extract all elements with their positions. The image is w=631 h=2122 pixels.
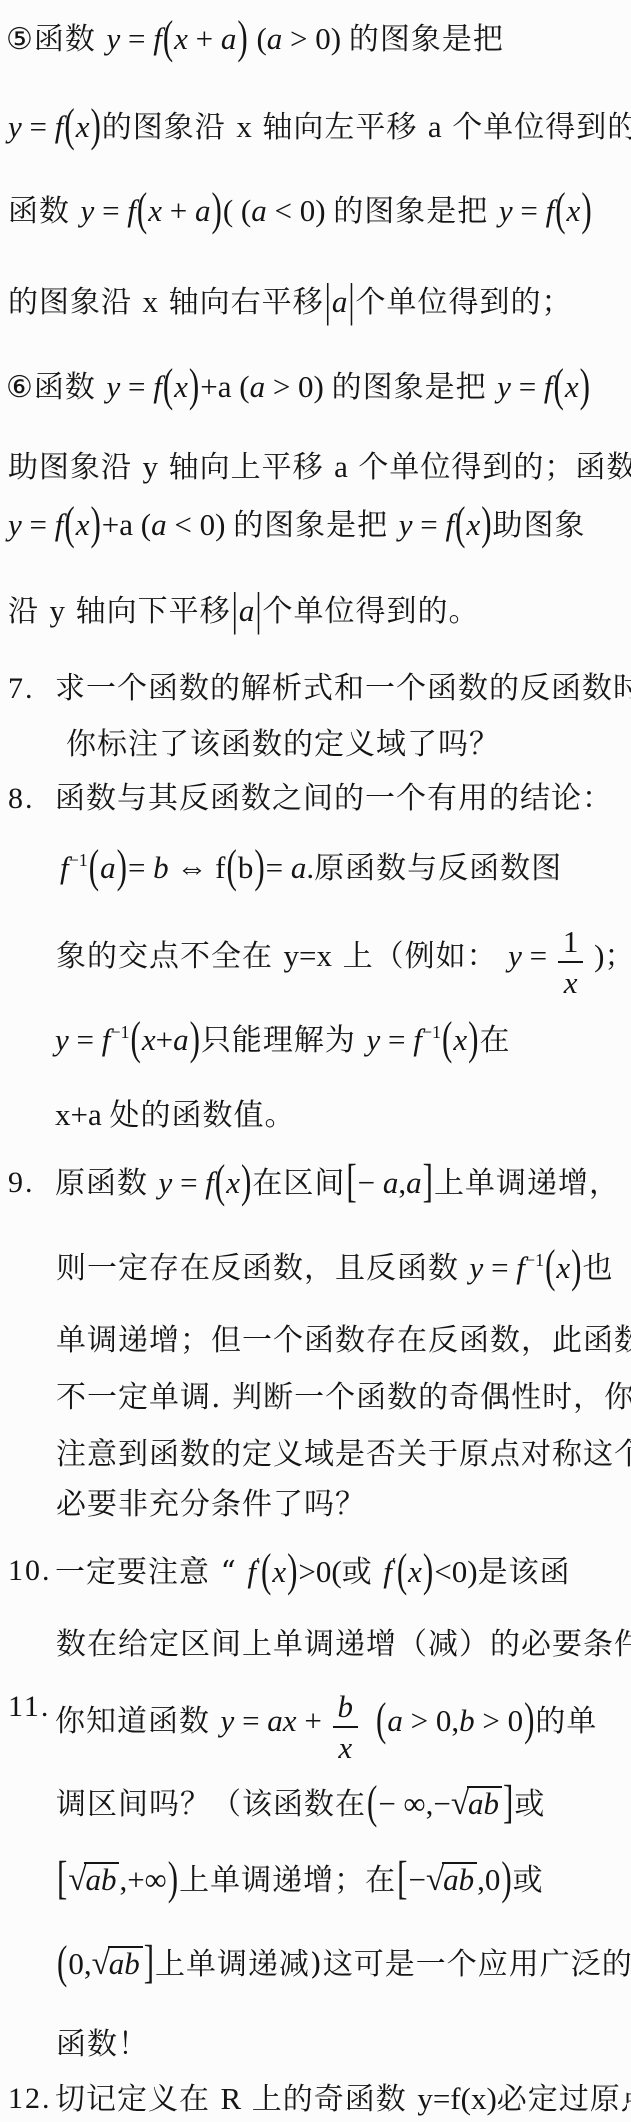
text-line: 不一定单调. 判断一个函数的奇偶性时，你 xyxy=(56,1381,631,1415)
text-segment: 在区间 xyxy=(252,1166,345,1201)
text-segment: y xyxy=(499,193,513,228)
text-segment: < 0) xyxy=(167,507,234,542)
text-segment: 的图象沿 xyxy=(8,285,143,320)
text-segment: 是该函 xyxy=(478,1555,571,1590)
text-segment: y=x xyxy=(284,938,332,973)
text-segment: = xyxy=(234,1703,267,1738)
text-segment: | xyxy=(347,275,355,327)
text-segment: 函数！ xyxy=(56,2027,149,2062)
text-segment: f xyxy=(153,21,162,56)
text-segment: x xyxy=(272,1554,286,1589)
text-segment: +a ( xyxy=(200,369,249,404)
text-segment: ax xyxy=(267,1703,296,1738)
text-segment: ) xyxy=(167,1853,179,1905)
text-segment: a xyxy=(221,21,237,56)
text-segment: | xyxy=(254,584,262,636)
text-segment: = xyxy=(128,850,153,885)
text-segment: | xyxy=(231,584,239,636)
text-segment: , xyxy=(398,1165,406,1200)
text-segment: >0( xyxy=(298,1554,341,1589)
text-segment: ( xyxy=(63,498,75,550)
text-segment: ,0 xyxy=(477,1862,500,1897)
text-segment: ab xyxy=(468,1786,499,1821)
text-segment: a xyxy=(334,449,348,484)
text-segment: 上（例如： xyxy=(332,939,508,974)
text-segment: ； xyxy=(604,939,631,974)
text-segment: [ xyxy=(56,1853,68,1905)
text-segment: a xyxy=(332,284,348,319)
text-segment: +a ( xyxy=(102,507,151,542)
text-segment: a xyxy=(387,1703,403,1738)
text-segment: ( xyxy=(56,1937,68,1989)
text-segment: 助图象 xyxy=(493,508,586,543)
text-segment: 轴向右平移 xyxy=(158,285,324,320)
document-page: ⑤函数 y = f(x + a) (a > 0) 的图象是把y = f(x)的图… xyxy=(0,0,631,2122)
text-segment: f xyxy=(55,507,64,542)
text-segment: −1 xyxy=(422,1022,441,1042)
text-line: 数在给定区间上单调递增（减）的必要条件。 xyxy=(56,1628,631,1662)
text-segment: ) xyxy=(116,841,128,893)
text-segment: y xyxy=(55,1022,69,1057)
text-segment: b xyxy=(153,850,169,885)
text-segment: y xyxy=(8,109,22,144)
text-segment: ) xyxy=(467,1013,479,1065)
radical: √ab xyxy=(92,1946,143,1981)
text-segment: ab xyxy=(109,1946,140,1981)
text-segment: 或 xyxy=(513,1863,544,1898)
text-segment: a xyxy=(250,369,266,404)
text-segment: ] xyxy=(502,1777,514,1829)
text-segment: f xyxy=(544,369,553,404)
text-segment: x xyxy=(565,369,579,404)
text-line: (0,√ab]上单调递减)这可是一个应用广泛的 xyxy=(56,1946,631,1982)
item-number: 11. xyxy=(8,1690,50,1724)
text-segment: > 0) xyxy=(265,369,332,404)
text-segment: 必要非充分条件了吗？ xyxy=(56,1487,366,1522)
text-segment: ,+∞ xyxy=(119,1862,166,1897)
text-segment: − ∞,− xyxy=(378,1786,451,1821)
fraction: 1x xyxy=(558,925,584,998)
item-number: 12. xyxy=(8,2082,52,2116)
text-line: [√ab,+∞)上单调递增；在[−√ab,0)或 xyxy=(56,1862,544,1898)
radical: √ab xyxy=(451,1786,502,1821)
text-segment: x xyxy=(466,507,480,542)
text-segment: a xyxy=(291,850,307,885)
text-segment: y xyxy=(81,193,95,228)
text-segment: 轴向下平移 xyxy=(65,594,231,629)
text-segment: y xyxy=(8,507,22,542)
text-segment: a xyxy=(428,109,442,144)
text-segment: 个单位得到的。 xyxy=(263,594,480,629)
text-segment: ) xyxy=(480,498,492,550)
text-segment: ( xyxy=(249,21,267,56)
text-segment: 只能理解为 xyxy=(201,1023,367,1058)
text-segment: ( xyxy=(162,12,174,64)
text-segment: f xyxy=(55,109,64,144)
text-segment: ) xyxy=(89,100,101,152)
text-segment: y xyxy=(221,1703,235,1738)
text-segment: y xyxy=(106,369,120,404)
text-line: 则一定存在反函数，且反函数 y = f−1(x)也 xyxy=(56,1250,614,1286)
text-line: ⑥函数 y = f(x)+a (a > 0) 的图象是把 y = f(x) xyxy=(6,370,591,405)
text-segment: y xyxy=(366,1022,380,1057)
radical: √ab xyxy=(426,1862,477,1897)
text-segment: ( xyxy=(162,360,174,412)
text-segment: y xyxy=(399,507,413,542)
text-segment: 不一定单调. 判断一个函数的奇偶性时，你 xyxy=(56,1380,631,1415)
text-segment: 求一个函数的解析式和一个函数的反函数时， xyxy=(55,671,631,706)
fraction: bx xyxy=(333,1690,359,1763)
text-segment: x xyxy=(338,1730,352,1765)
item-number: 9. xyxy=(8,1166,35,1200)
text-segment: a xyxy=(151,507,167,542)
text-segment: ) xyxy=(240,1156,252,1208)
text-segment: 上单调递减)这可是一个应用广泛的 xyxy=(155,1947,631,1982)
text-segment: ) xyxy=(523,1694,535,1746)
text-segment: + xyxy=(297,1703,330,1738)
text-segment: ( xyxy=(454,498,466,550)
text-segment: x xyxy=(142,1022,156,1057)
text-segment: ⑥函数 xyxy=(6,370,106,405)
text-segment: x xyxy=(148,193,162,228)
text-line: 的图象沿 x 轴向右平移|a|个单位得到的； xyxy=(8,285,573,320)
text-segment: a xyxy=(100,850,116,885)
text-segment: x xyxy=(226,1165,240,1200)
text-segment: f xyxy=(247,1554,256,1589)
text-segment: ) xyxy=(253,841,265,893)
text-segment: f xyxy=(205,1165,214,1200)
text-segment: a xyxy=(195,193,211,228)
text-segment: 上单调递增， xyxy=(434,1166,620,1201)
text-segment: <0) xyxy=(434,1554,477,1589)
text-segment: ( xyxy=(136,184,148,236)
text-segment: 的单 xyxy=(535,1704,597,1739)
text-segment: 数在给定区间上单调递增（减）的必要条件。 xyxy=(56,1627,631,1662)
text-segment: 的图象是把 xyxy=(332,370,498,405)
text-line: 9.原函数 y = f(x)在区间[− a,a]上单调递增， xyxy=(55,1166,620,1201)
text-segment: x xyxy=(143,284,159,319)
text-segment: ) xyxy=(570,1241,582,1293)
text-segment: ( ( xyxy=(223,193,251,228)
text-segment: x xyxy=(453,1022,467,1057)
text-segment: f xyxy=(127,193,136,228)
text-segment: x xyxy=(564,965,578,1000)
text-line: 函数！ xyxy=(56,2028,149,2062)
text-segment: y=f(x) xyxy=(417,2081,496,2116)
text-segment: [ xyxy=(345,1156,357,1208)
text-segment: x xyxy=(236,109,252,144)
text-segment: ) xyxy=(236,12,248,64)
text-segment: = xyxy=(413,507,446,542)
text-line: 7.求一个函数的解析式和一个函数的反函数时， xyxy=(55,672,631,706)
text-segment: ( xyxy=(260,1545,272,1597)
text-line: y = f(x)的图象沿 x 轴向左平移 a 个单位得到的； xyxy=(8,110,631,145)
text-segment: 注意到函数的定义域是否关于原点对称这个 xyxy=(56,1437,631,1472)
text-segment: ( xyxy=(63,100,75,152)
text-segment: ) xyxy=(586,938,604,973)
text-segment: 的图象是把 xyxy=(349,22,504,57)
text-segment: x xyxy=(567,193,581,228)
text-line: y = f−1(x+a)只能理解为 y = f−1(x)在 xyxy=(55,1022,510,1058)
text-segment: 函数与其反函数之间的一个有用的结论： xyxy=(55,781,613,816)
text-segment: ) xyxy=(286,1545,298,1597)
text-line: x+a 处的函数值。 xyxy=(55,1098,296,1133)
text-segment: ⑤函数 xyxy=(6,22,106,57)
text-segment: 切记定义在 xyxy=(55,2082,221,2117)
text-segment: x xyxy=(556,1250,570,1285)
text-segment: > 0 xyxy=(475,1703,523,1738)
item-number: 7. xyxy=(8,672,35,706)
text-segment: 沿 xyxy=(8,594,50,629)
text-line: f−1(a)= b ⇔ f(b)= a.原函数与反函数图 xyxy=(60,850,562,886)
text-segment: 上的奇函数 xyxy=(241,2082,417,2117)
text-segment: 的图象是把 xyxy=(333,194,499,229)
text-segment: y xyxy=(508,938,522,973)
text-line: 8.函数与其反函数之间的一个有用的结论： xyxy=(55,782,613,816)
text-segment: ( xyxy=(396,1545,408,1597)
text-segment: ) xyxy=(422,1545,434,1597)
text-segment: − xyxy=(408,1862,425,1897)
text-segment: 调区间吗？（该函数在 xyxy=(56,1787,366,1822)
text-segment: = xyxy=(94,193,127,228)
text-segment: a xyxy=(239,593,255,628)
text-segment: −1 xyxy=(110,1022,129,1042)
text-segment: a xyxy=(383,1165,399,1200)
text-segment: 一定要注意 “ xyxy=(55,1555,247,1590)
text-segment: 助图象沿 xyxy=(8,450,143,485)
text-segment: ( xyxy=(441,1013,453,1065)
text-segment: 或 xyxy=(514,1787,545,1822)
text-segment: 的图象是把 xyxy=(233,508,399,543)
text-segment: ] xyxy=(143,1937,155,1989)
text-segment: 个单位得到的； xyxy=(442,110,631,145)
text-segment: 0, xyxy=(68,1946,91,1981)
text-segment: f xyxy=(413,1022,422,1057)
text-segment: = xyxy=(513,193,546,228)
text-segment: a xyxy=(406,1165,422,1200)
text-segment: − xyxy=(358,1165,383,1200)
text-segment: ( xyxy=(88,841,100,893)
text-segment: 轴向左平移 xyxy=(252,110,428,145)
text-segment: x xyxy=(76,109,90,144)
text-segment: = xyxy=(266,850,291,885)
text-segment: > 0, xyxy=(403,1703,459,1738)
text-line: 你标注了该函数的定义域了吗？ xyxy=(66,728,500,762)
text-segment: ( xyxy=(366,1777,378,1829)
text-segment: 你知道函数 xyxy=(55,1704,221,1739)
text-segment: + xyxy=(156,1022,173,1057)
text-segment: ) xyxy=(188,360,200,412)
text-line: 11.你知道函数 y = ax + bx(a > 0,b > 0)的单 xyxy=(55,1690,597,1763)
text-segment: 上单调递增；在 xyxy=(179,1863,396,1898)
text-segment: 处的函数值。 xyxy=(110,1098,296,1133)
text-segment: ) xyxy=(580,184,592,236)
text-segment: ( xyxy=(553,360,565,412)
text-segment: y xyxy=(159,1165,173,1200)
text-segment: 单调递增；但一个函数存在反函数，此函数 xyxy=(56,1323,631,1358)
text-segment: f xyxy=(60,850,69,885)
text-segment: x xyxy=(174,21,188,56)
text-segment: ( xyxy=(226,841,238,893)
text-segment: ⇔ f xyxy=(169,850,226,885)
text-line: y = f(x)+a (a < 0) 的图象是把 y = f(x)助图象 xyxy=(8,508,586,543)
text-segment: y xyxy=(106,21,120,56)
text-line: 10.一定要注意 “ f′(x)>0(或 f′(x)<0)是该函 xyxy=(55,1554,571,1590)
text-segment: ) xyxy=(89,498,101,550)
text-segment: f xyxy=(516,1250,525,1285)
text-segment: ( xyxy=(214,1156,226,1208)
text-line: 助图象沿 y 轴向上平移 a 个单位得到的；函数 xyxy=(8,450,631,485)
text-segment: . xyxy=(306,850,314,885)
text-segment: 则一定存在反函数，且反函数 xyxy=(56,1251,470,1286)
text-segment: 函数 xyxy=(8,194,81,229)
text-segment: ) xyxy=(579,360,591,412)
text-segment: x xyxy=(174,369,188,404)
text-segment: x+a xyxy=(55,1097,110,1132)
item-number: 8. xyxy=(8,782,35,816)
text-segment: 或 xyxy=(342,1555,384,1590)
text-segment: R xyxy=(221,2081,242,2116)
text-segment: 在 xyxy=(479,1023,510,1058)
text-segment: ab xyxy=(85,1862,116,1897)
text-segment: ( xyxy=(375,1694,387,1746)
text-segment: = xyxy=(483,1250,516,1285)
text-segment: a xyxy=(251,193,267,228)
text-segment: 象的交点不全在 xyxy=(56,939,284,974)
text-segment: = xyxy=(120,369,153,404)
text-segment: f xyxy=(383,1554,392,1589)
text-segment: 个单位得到的；函数 xyxy=(348,450,631,485)
text-segment: f xyxy=(445,507,454,542)
text-segment: ) xyxy=(500,1853,512,1905)
text-segment: 个单位得到的； xyxy=(356,285,573,320)
text-segment: −1 xyxy=(69,850,88,870)
text-segment: b xyxy=(238,850,254,885)
text-line: 单调递增；但一个函数存在反函数，此函数 xyxy=(56,1324,631,1358)
text-segment: 轴向上平移 xyxy=(158,450,334,485)
text-segment: y xyxy=(470,1250,484,1285)
text-segment: b xyxy=(459,1703,475,1738)
text-segment: [ xyxy=(396,1853,408,1905)
text-segment: ) xyxy=(189,1013,201,1065)
text-line: 沿 y 轴向下平移|a|个单位得到的。 xyxy=(8,594,480,629)
text-segment: = xyxy=(522,938,555,973)
text-line: 函数 y = f(x + a)( (a < 0) 的图象是把 y = f(x) xyxy=(8,194,593,229)
text-segment: + xyxy=(162,193,195,228)
text-segment: | xyxy=(324,275,332,327)
text-line: 调区间吗？（该函数在(− ∞,−√ab]或 xyxy=(56,1786,545,1822)
text-segment: x xyxy=(408,1554,422,1589)
text-segment: y xyxy=(497,369,511,404)
text-segment: = xyxy=(120,21,153,56)
text-segment: < 0) xyxy=(267,193,334,228)
item-number: 10. xyxy=(8,1554,52,1588)
text-segment: f xyxy=(546,193,555,228)
text-segment: ] xyxy=(422,1156,434,1208)
text-line: ⑤函数 y = f(x + a) (a > 0) 的图象是把 xyxy=(6,22,504,57)
text-segment: > 0) xyxy=(282,21,349,56)
text-segment: 原函数与反函数图 xyxy=(314,851,562,886)
text-segment: + xyxy=(188,21,221,56)
text-segment: ( xyxy=(130,1013,142,1065)
text-segment: ) xyxy=(211,184,223,236)
text-segment: y xyxy=(143,449,159,484)
text-segment: = xyxy=(69,1022,102,1057)
text-segment: = xyxy=(380,1022,413,1057)
text-line: 必要非充分条件了吗？ xyxy=(56,1488,366,1522)
text-segment: 1 xyxy=(563,924,579,959)
text-segment: x xyxy=(76,507,90,542)
text-segment: = xyxy=(172,1165,205,1200)
text-segment: ( xyxy=(554,184,566,236)
text-segment: 必定过原点。 xyxy=(497,2082,631,2117)
text-segment: = xyxy=(22,109,55,144)
text-segment: b xyxy=(338,1689,354,1724)
text-segment: 原函数 xyxy=(55,1166,159,1201)
text-segment: 你标注了该函数的定义域了吗？ xyxy=(66,727,500,762)
text-segment: a xyxy=(173,1022,189,1057)
radical: √ab xyxy=(68,1862,119,1897)
text-segment: = xyxy=(22,507,55,542)
text-segment: 的图象沿 xyxy=(102,110,237,145)
text-line: 象的交点不全在 y=x 上（例如： y = 1x )； xyxy=(56,925,631,998)
text-segment: a xyxy=(267,21,283,56)
text-segment: −1 xyxy=(525,1250,544,1270)
text-segment: 也 xyxy=(583,1251,614,1286)
text-line: 注意到函数的定义域是否关于原点对称这个 xyxy=(56,1438,631,1472)
text-line: 12.切记定义在 R 上的奇函数 y=f(x)必定过原点。 xyxy=(55,2082,631,2117)
text-segment: ab xyxy=(443,1862,474,1897)
text-segment: = xyxy=(511,369,544,404)
text-segment: f xyxy=(153,369,162,404)
text-segment: y xyxy=(50,593,66,628)
text-segment: ( xyxy=(544,1241,556,1293)
